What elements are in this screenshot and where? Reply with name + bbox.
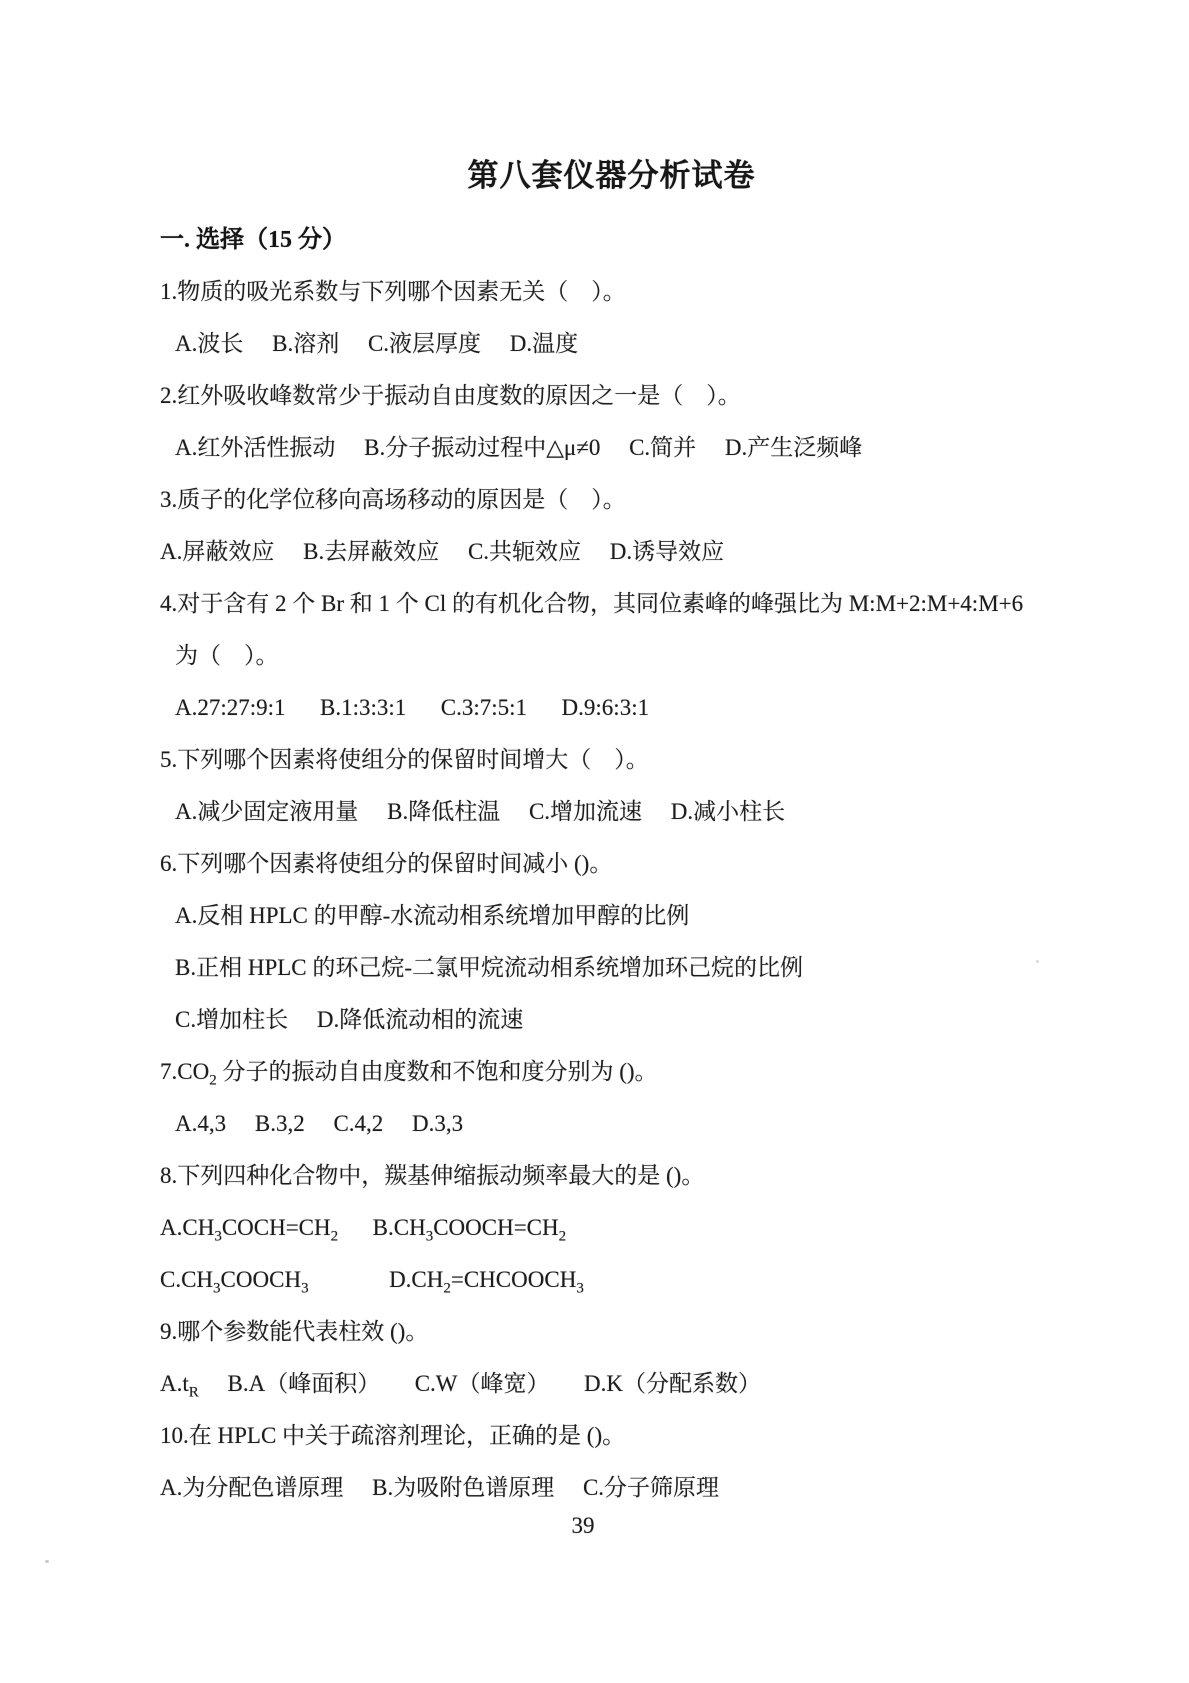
question-9-options: A.tR B.A（峰面积） C.W（峰宽） D.K（分配系数） <box>160 1358 1120 1410</box>
exam-body: 一. 选择（15 分） 1.物质的吸光系数与下列哪个因素无关（ ）。 A.波长 … <box>160 214 1120 1552</box>
section-heading: 一. 选择（15 分） <box>160 214 1120 266</box>
question-6: 6.下列哪个因素将使组分的保留时间减小 ()。 A.反相 HPLC 的甲醇-水流… <box>160 838 1120 1046</box>
question-8-options-ab: A.CH3COCH=CH2 B.CH3COOCH=CH2 <box>160 1202 1120 1254</box>
question-2: 2.红外吸收峰数常少于振动自由度数的原因之一是（ ）。 A.红外活性振动 B.分… <box>160 370 1120 474</box>
question-6-option-b: B.正相 HPLC 的环己烷-二氯甲烷流动相系统增加环己烷的比例 <box>160 942 1120 994</box>
question-8-text: 8.下列四种化合物中，羰基伸缩振动频率最大的是 ()。 <box>160 1150 1120 1202</box>
question-9: 9.哪个参数能代表柱效 ()。 A.tR B.A（峰面积） C.W（峰宽） D.… <box>160 1306 1120 1410</box>
question-9-text: 9.哪个参数能代表柱效 ()。 <box>160 1306 1120 1358</box>
question-6-options-cd: C.增加柱长 D.降低流动相的流速 <box>160 994 1120 1046</box>
question-2-text: 2.红外吸收峰数常少于振动自由度数的原因之一是（ ）。 <box>160 370 1120 422</box>
question-5-options: A.减少固定液用量 B.降低柱温 C.增加流速 D.减小柱长 <box>160 786 1120 838</box>
question-1: 1.物质的吸光系数与下列哪个因素无关（ ）。 A.波长 B.溶剂 C.液层厚度 … <box>160 266 1120 370</box>
question-4-options: A.27:27:9:1 B.1:3:3:1 C.3:7:5:1 D.9:6:3:… <box>160 682 1120 734</box>
question-6-option-a: A.反相 HPLC 的甲醇-水流动相系统增加甲醇的比例 <box>160 890 1120 942</box>
question-4-text-continuation: 为（ ）。 <box>160 630 1120 682</box>
question-5-text: 5.下列哪个因素将使组分的保留时间增大（ ）。 <box>160 734 1120 786</box>
question-8: 8.下列四种化合物中，羰基伸缩振动频率最大的是 ()。 A.CH3COCH=CH… <box>160 1150 1120 1306</box>
question-10-text: 10.在 HPLC 中关于疏溶剂理论，正确的是 ()。 <box>160 1410 1120 1462</box>
question-3-text: 3.质子的化学位移向高场移动的原因是（ ）。 <box>160 474 1120 526</box>
question-7: 7.CO2 分子的振动自由度数和不饱和度分别为 ()。 A.4,3 B.3,2 … <box>160 1046 1120 1150</box>
question-1-text: 1.物质的吸光系数与下列哪个因素无关（ ）。 <box>160 266 1120 318</box>
question-10: 10.在 HPLC 中关于疏溶剂理论，正确的是 ()。 A.为分配色谱原理 B.… <box>160 1410 1120 1514</box>
question-4-text: 4.对于含有 2 个 Br 和 1 个 Cl 的有机化合物，其同位素峰的峰强比为… <box>160 578 1120 630</box>
scan-speck <box>45 1560 49 1563</box>
question-3: 3.质子的化学位移向高场移动的原因是（ ）。 A.屏蔽效应 B.去屏蔽效应 C.… <box>160 474 1120 578</box>
scan-speck <box>1036 960 1039 963</box>
page-number: 39 <box>103 1500 1063 1552</box>
question-8-options-cd: C.CH3COOCH3 D.CH2=CHCOOCH3 <box>160 1254 1120 1306</box>
question-7-text: 7.CO2 分子的振动自由度数和不饱和度分别为 ()。 <box>160 1046 1120 1098</box>
question-4: 4.对于含有 2 个 Br 和 1 个 Cl 的有机化合物，其同位素峰的峰强比为… <box>160 578 1120 734</box>
document-page: 第八套仪器分析试卷 一. 选择（15 分） 1.物质的吸光系数与下列哪个因素无关… <box>0 0 1189 1683</box>
question-3-options: A.屏蔽效应 B.去屏蔽效应 C.共轭效应 D.诱导效应 <box>160 526 1120 578</box>
question-1-options: A.波长 B.溶剂 C.液层厚度 D.温度 <box>160 318 1120 370</box>
exam-title: 第八套仪器分析试卷 <box>0 150 1189 195</box>
question-6-text: 6.下列哪个因素将使组分的保留时间减小 ()。 <box>160 838 1120 890</box>
question-5: 5.下列哪个因素将使组分的保留时间增大（ ）。 A.减少固定液用量 B.降低柱温… <box>160 734 1120 838</box>
question-7-options: A.4,3 B.3,2 C.4,2 D.3,3 <box>160 1098 1120 1150</box>
question-2-options: A.红外活性振动 B.分子振动过程中△μ≠0 C.简并 D.产生泛频峰 <box>160 422 1120 474</box>
